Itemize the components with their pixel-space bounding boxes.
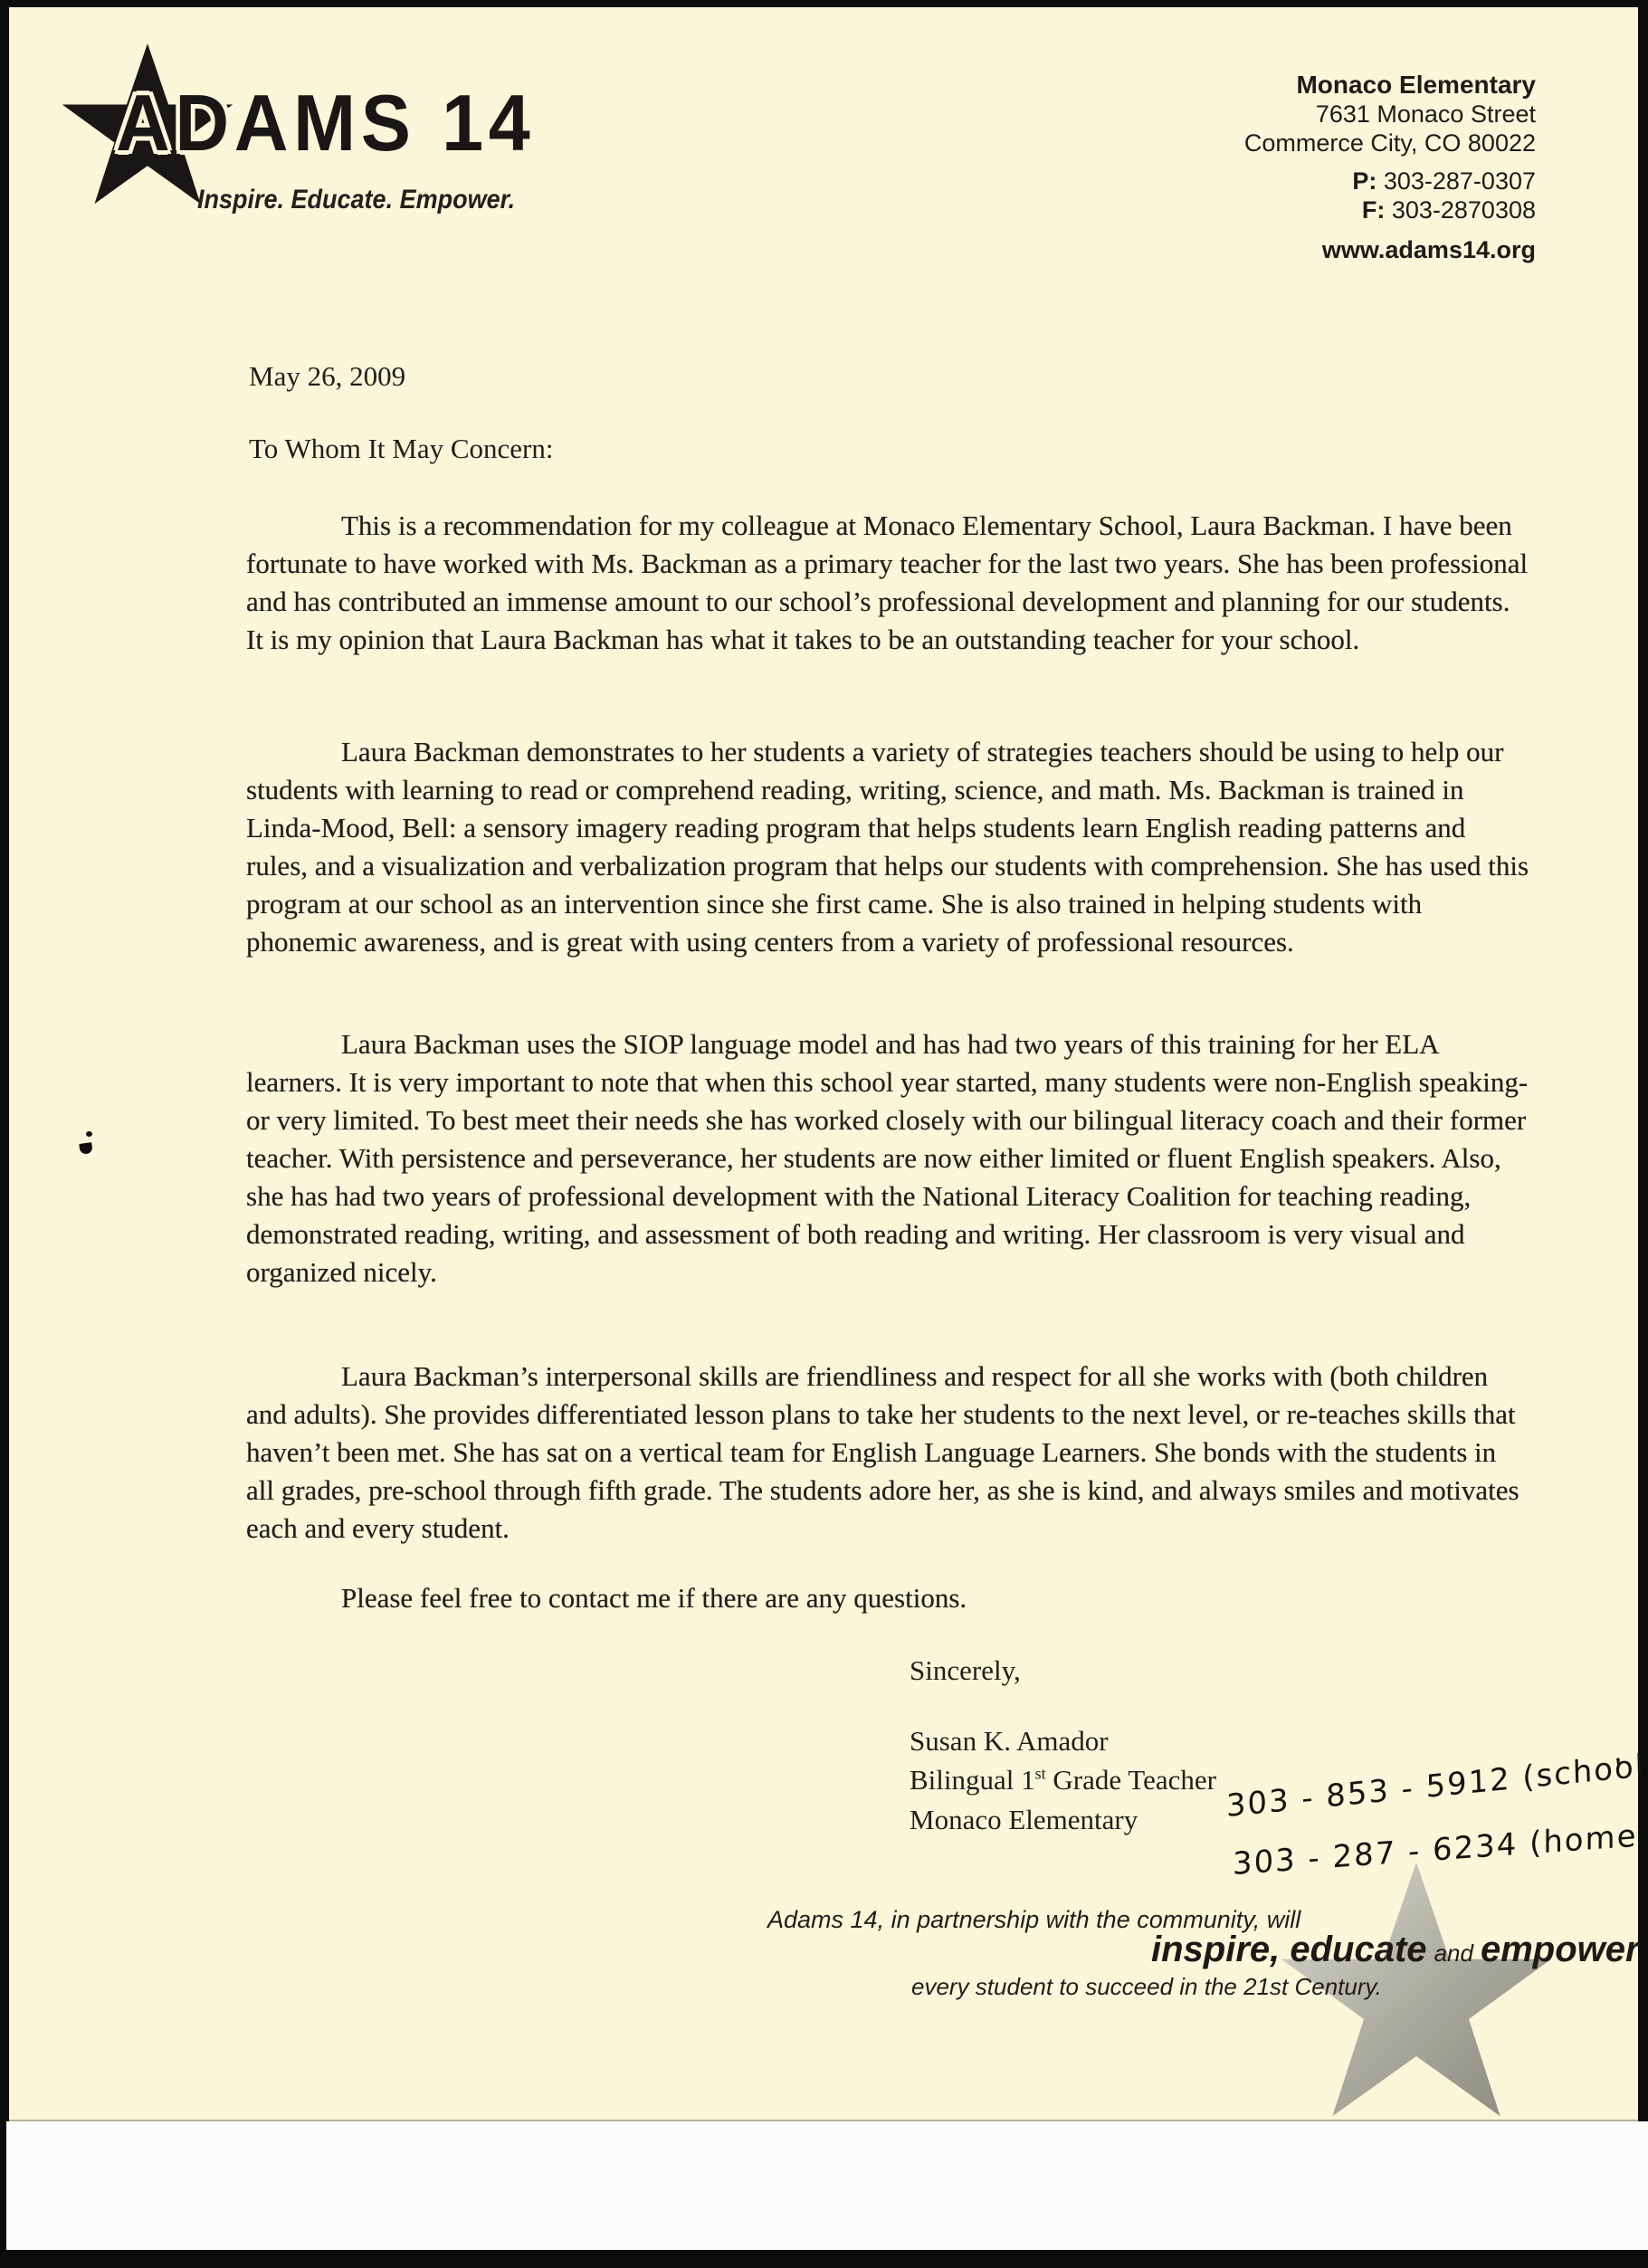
logo-tagline: Inspire. Educate. Empower. <box>197 185 515 215</box>
school-street: 7631 Monaco Street <box>1244 100 1536 129</box>
logo-letter-a: A <box>116 78 175 167</box>
letter-paragraph: Laura Backman uses the SIOP language mod… <box>246 1025 1529 1291</box>
logo-wordmark: ADAMS 14 <box>116 83 535 163</box>
school-contact-block: Monaco Elementary 7631 Monaco Street Com… <box>1244 71 1536 264</box>
signature-title: Bilingual 1st Grade Teacher <box>910 1764 1216 1796</box>
signature-name: Susan K. Amador <box>910 1725 1109 1758</box>
footer-motto-line3: every student to succeed in the 21st Cen… <box>911 1973 1382 2001</box>
fax-label: F: <box>1362 196 1385 224</box>
ink-blob <box>79 1142 93 1155</box>
ordinal-superscript: st <box>1035 1765 1046 1783</box>
letter-paragraph: Laura Backman demonstrates to her studen… <box>246 733 1529 961</box>
letter-closing-line: Please feel free to contact me if there … <box>246 1579 1529 1617</box>
footer-motto-line2: inspire, educateandempower <box>1151 1930 1640 1970</box>
school-city: Commerce City, CO 80022 <box>1244 129 1536 157</box>
school-phone: P: 303-287-0307 <box>1244 167 1536 195</box>
scanned-letter: ADAMS 14 Inspire. Educate. Empower. Mona… <box>0 0 1648 2268</box>
scanner-background <box>6 2121 1648 2250</box>
handwritten-phone-school: 303 - 853 - 5912 (school <box>1225 1748 1645 1825</box>
letter-signoff: Sincerely, <box>910 1654 1021 1687</box>
letter-salutation: To Whom It May Concern: <box>249 433 553 465</box>
logo-wordmark-rest: DAMS 14 <box>175 78 535 167</box>
letter-date: May 26, 2009 <box>249 360 405 393</box>
ink-smudge <box>80 1131 94 1158</box>
school-website: www.adams14.org <box>1244 235 1536 264</box>
ink-dot <box>86 1131 92 1137</box>
signature-school: Monaco Elementary <box>910 1804 1138 1836</box>
phone-label: P: <box>1352 167 1377 195</box>
school-fax: F: 303-2870308 <box>1244 195 1536 224</box>
school-name: Monaco Elementary <box>1244 71 1536 100</box>
letter-paper: ADAMS 14 Inspire. Educate. Empower. Mona… <box>9 7 1638 2121</box>
letter-paragraph: Laura Backman’s interpersonal skills are… <box>246 1358 1529 1548</box>
letter-paragraph: This is a recommendation for my colleagu… <box>246 507 1529 659</box>
